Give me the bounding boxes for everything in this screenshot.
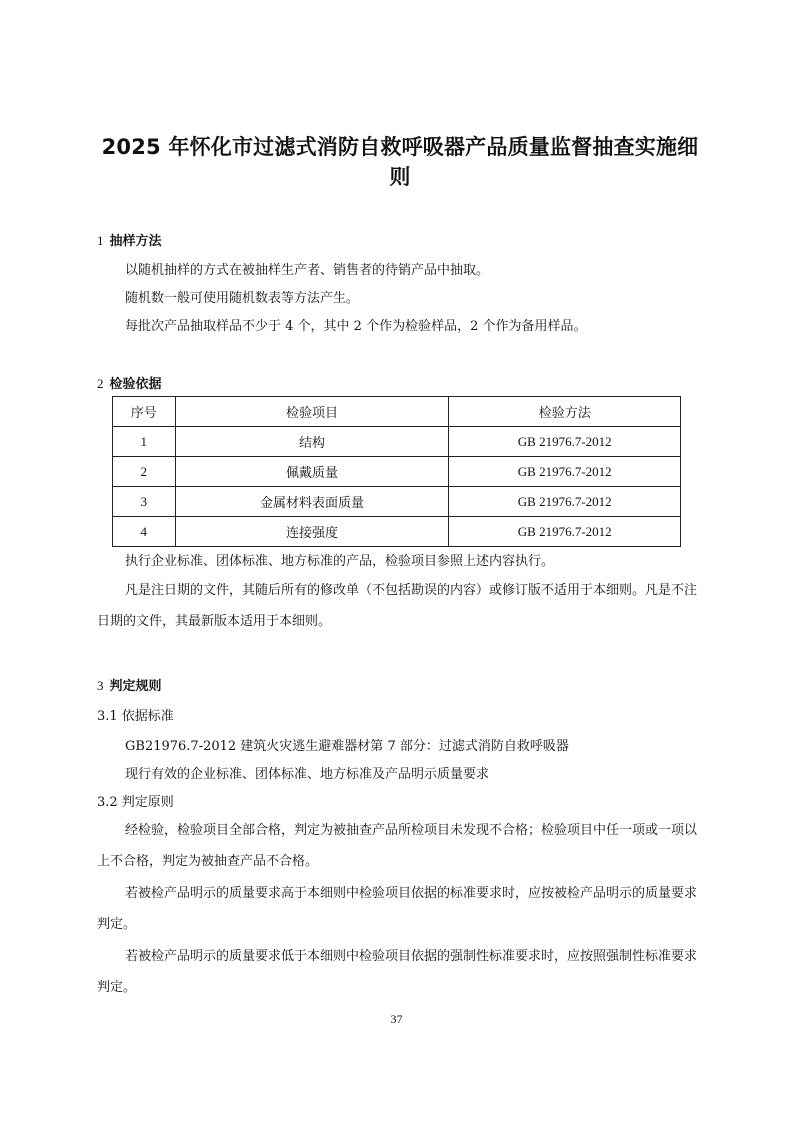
- section-3-heading: 3判定规则: [97, 677, 162, 696]
- table-row: 2 佩戴质量 GB 21976.7-2012: [113, 457, 681, 487]
- title-line-1: 2025 年怀化市过滤式消防自救呼吸器产品质量监督抽查实施细: [90, 132, 710, 162]
- cell-index: 2: [113, 457, 176, 487]
- section-3-1-heading: 3.1 依据标准: [97, 708, 174, 726]
- table-row: 1 结构 GB 21976.7-2012: [113, 427, 681, 457]
- section-2-paragraph-2: 凡是注日期的文件，其随后所有的修改单（不包括勘误的内容）或修订版不适用于本细则。…: [97, 575, 699, 637]
- section-1-paragraph-2: 随机数一般可使用随机数表等方法产生。: [125, 290, 725, 308]
- cell-method: GB 21976.7-2012: [449, 487, 681, 517]
- section-3-1-paragraph-2: 现行有效的企业标准、团体标准、地方标准及产品明示质量要求: [125, 766, 725, 784]
- title-line-2: 则: [90, 162, 710, 192]
- section-1-paragraph-1: 以随机抽样的方式在被抽样生产者、销售者的待销产品中抽取。: [125, 262, 725, 280]
- table-row: 3 金属材料表面质量 GB 21976.7-2012: [113, 487, 681, 517]
- document-title: 2025 年怀化市过滤式消防自救呼吸器产品质量监督抽查实施细 则: [90, 132, 710, 192]
- cell-item: 结构: [175, 427, 449, 457]
- section-3-2-heading: 3.2 判定原则: [97, 794, 174, 812]
- document-page: 2025 年怀化市过滤式消防自救呼吸器产品质量监督抽查实施细 则 1抽样方法 以…: [0, 0, 793, 1122]
- section-1-paragraph-3: 每批次产品抽取样品不少于 4 个，其中 2 个作为检验样品，2 个作为备用样品。: [125, 318, 725, 336]
- section-2-paragraph-1: 执行企业标准、团体标准、地方标准的产品，检验项目参照上述内容执行。: [125, 553, 725, 571]
- cell-method: GB 21976.7-2012: [449, 457, 681, 487]
- cell-index: 1: [113, 427, 176, 457]
- table-row: 4 连接强度 GB 21976.7-2012: [113, 517, 681, 547]
- section-3-2-paragraph-3: 若被检产品明示的质量要求低于本细则中检验项目依据的强制性标准要求时，应按照强制性…: [97, 941, 699, 1003]
- cell-index: 4: [113, 517, 176, 547]
- section-3-1-paragraph-1: GB21976.7-2012 建筑火灾逃生避难器材第 7 部分：过滤式消防自救呼…: [125, 738, 725, 756]
- section-1-heading: 1抽样方法: [97, 232, 162, 251]
- section-2-heading: 2检验依据: [97, 375, 162, 394]
- table-header-row: 序号 检验项目 检验方法: [113, 397, 681, 427]
- cell-item: 金属材料表面质量: [175, 487, 449, 517]
- header-index: 序号: [113, 397, 176, 427]
- section-3-2-paragraph-2: 若被检产品明示的质量要求高于本细则中检验项目依据的标准要求时，应按被检产品明示的…: [97, 878, 699, 940]
- header-item: 检验项目: [175, 397, 449, 427]
- cell-index: 3: [113, 487, 176, 517]
- cell-item: 佩戴质量: [175, 457, 449, 487]
- inspection-basis-table: 序号 检验项目 检验方法 1 结构 GB 21976.7-2012 2 佩戴质量…: [112, 396, 681, 547]
- cell-item: 连接强度: [175, 517, 449, 547]
- page-number: 37: [0, 1012, 793, 1027]
- cell-method: GB 21976.7-2012: [449, 427, 681, 457]
- header-method: 检验方法: [449, 397, 681, 427]
- section-3-2-paragraph-1: 经检验，检验项目全部合格，判定为被抽查产品所检项目未发现不合格；检验项目中任一项…: [97, 815, 699, 877]
- cell-method: GB 21976.7-2012: [449, 517, 681, 547]
